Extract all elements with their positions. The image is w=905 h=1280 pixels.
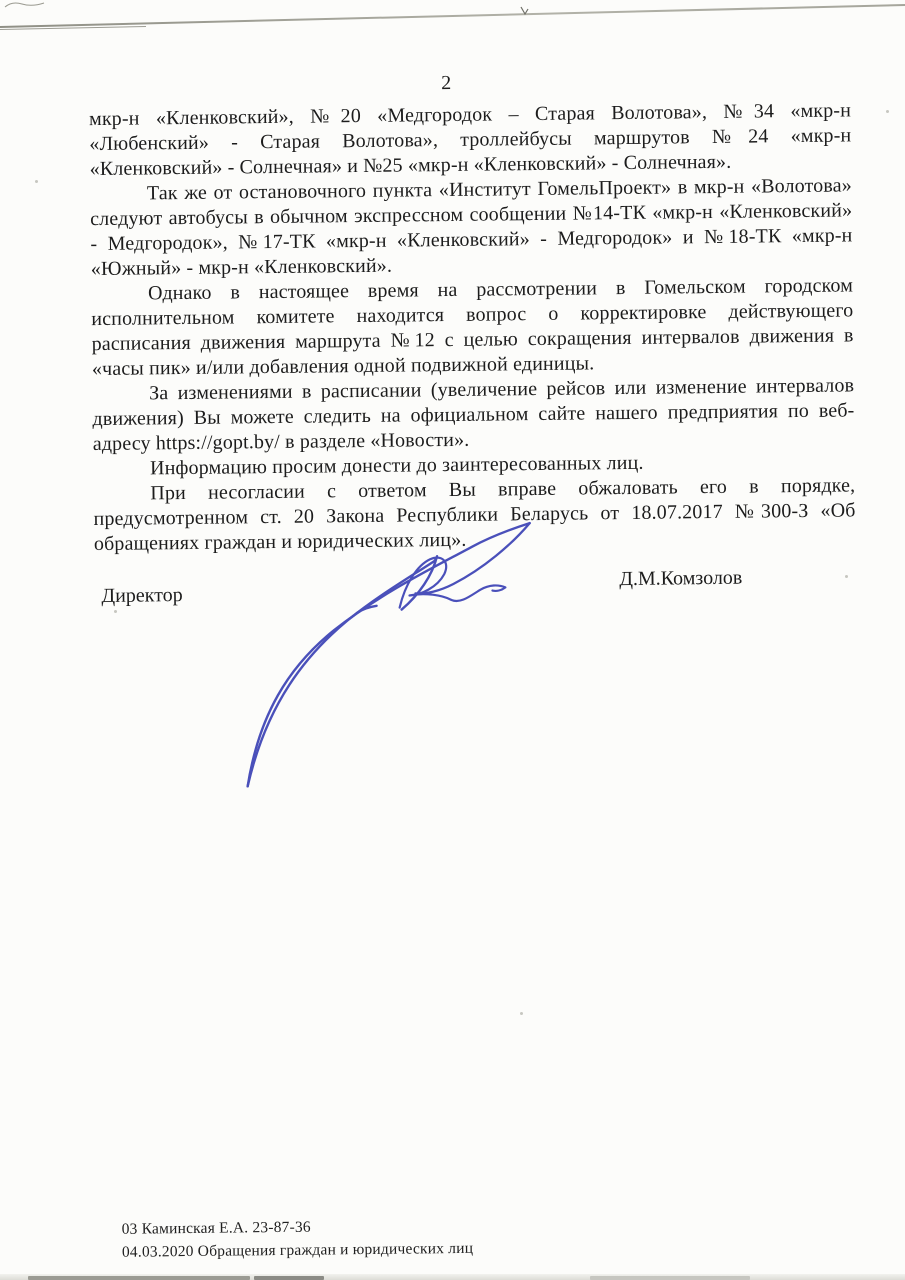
body-paragraph: Однако в настоящее время на рассмотрении… bbox=[91, 273, 854, 382]
scanned-letter-page: 2 мкр-н «Кленковский», №20 «Медгородок –… bbox=[0, 0, 905, 1280]
bottom-scan-smudge bbox=[28, 1276, 250, 1280]
scan-content: 2 мкр-н «Кленковский», №20 «Медгородок –… bbox=[0, 0, 905, 1280]
letter-body: мкр-н «Кленковский», №20 «Медгородок – С… bbox=[89, 98, 856, 557]
body-paragraph: мкр-н «Кленковский», №20 «Медгородок – С… bbox=[89, 98, 852, 182]
footer-case-line: 04.03.2020 Обращения граждан и юридическ… bbox=[122, 1237, 474, 1264]
bottom-scan-smudge bbox=[254, 1276, 324, 1280]
body-paragraph: Так же от остановочного пункта «Институт… bbox=[90, 173, 853, 282]
footer: 03 Каминская Е.А. 23-87-36 04.03.2020 Об… bbox=[122, 1214, 474, 1264]
page-number: 2 bbox=[0, 67, 899, 100]
signatory-name: Д.М.Комзолов bbox=[619, 567, 742, 591]
bottom-scan-smudge bbox=[590, 1276, 750, 1280]
signature-title: Директор bbox=[101, 584, 182, 608]
handwritten-signature-icon bbox=[229, 514, 547, 803]
body-paragraph: За изменениями в расписании (увеличение … bbox=[92, 373, 855, 457]
